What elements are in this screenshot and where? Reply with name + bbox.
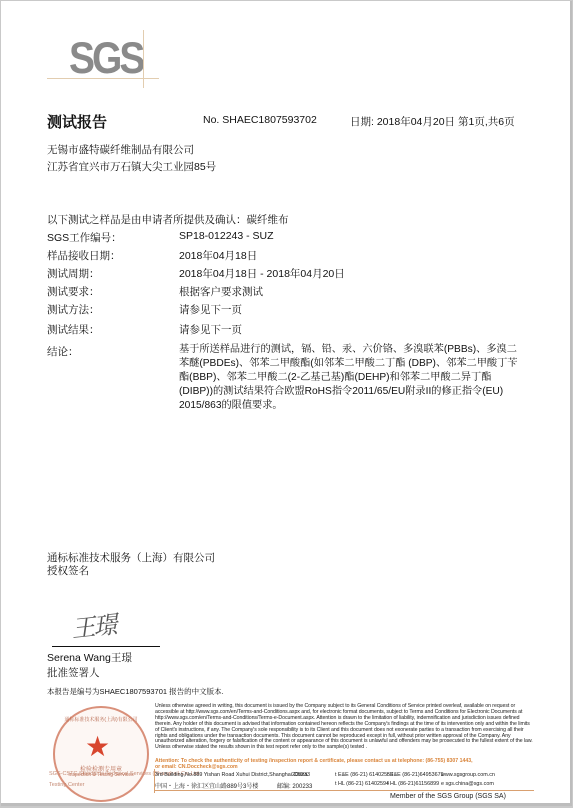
footer-divider-horizontal: [154, 790, 534, 791]
address-english: 3rd Building,No.889 Yishan Road Xuhui Di…: [155, 772, 308, 778]
page-indicator: 第1页,共6页: [458, 114, 515, 129]
seal-top-text: 通标标准技术服务(上海)有限公司: [55, 716, 147, 723]
authenticity-notice: Attention: To check the authenticity of …: [155, 758, 473, 770]
authorized-signature-label: 授权签名: [47, 563, 89, 578]
fax-hl: f HL (86-21)61156899: [387, 781, 439, 787]
client-name: 无锡市盛特碳纤维制品有限公司: [47, 142, 194, 157]
client-address: 江苏省宜兴市万石镇大尖工业园85号: [47, 159, 216, 174]
chinese-version-note: 本报告是编号为SHAEC1807593701 报告的中文版本.: [47, 686, 224, 697]
sgs-membership-note: Member of the SGS Group (SGS SA): [390, 793, 506, 800]
field-value-test-result: 请参见下一页: [179, 322, 242, 337]
tel-hl: t HL (86-21) 61402594: [335, 781, 389, 787]
postcode-english: 200233: [292, 772, 310, 778]
field-value-job-no: SP18-012243 - SUZ: [179, 230, 274, 242]
footer-row-en: 3rd Building,No.889 Yishan Road Xuhui Di…: [155, 772, 535, 778]
field-label-test-method: 测试方法：: [47, 302, 100, 317]
email-link[interactable]: e sgs.china@sgs.com: [441, 781, 494, 787]
logo-rule-vertical: [143, 30, 144, 88]
report-page: SGS 测试报告 No. SHAEC1807593702 日期: 2018年04…: [1, 1, 572, 806]
seal-side-text-2: Testing Center: [49, 782, 84, 788]
field-value-test-period: 2018年04月18日 - 2018年04月20日: [179, 266, 345, 281]
field-label-test-request: 测试要求：: [47, 284, 100, 299]
website-link[interactable]: www.sgsgroup.com.cn: [441, 772, 495, 778]
field-label-received-date: 样品接收日期：: [47, 248, 121, 263]
fax-ee: f E&E (86-21)64953679: [387, 772, 444, 778]
field-value-received-date: 2018年04月18日: [179, 248, 257, 263]
authenticity-line-2[interactable]: or email: CN.Doccheck@sgs.com: [155, 764, 473, 770]
terms-fine-print: Unless otherwise agreed in writing, this…: [155, 704, 535, 751]
conclusion-text: 基于所送样品进行的测试，镉、铅、汞、六价铬、多溴联苯(PBBs)、多溴二苯醚(P…: [179, 343, 521, 413]
field-label-job-no: SGS工作编号：: [47, 230, 122, 245]
field-value-test-method: 请参见下一页: [179, 302, 242, 317]
star-icon: ★: [85, 730, 110, 763]
postcode-chinese: 邮编: 200233: [277, 781, 312, 790]
field-label-test-result: 测试结果：: [47, 322, 100, 337]
handwritten-signature: 王璟: [69, 605, 116, 644]
report-date: 日期: 2018年04月20日: [350, 114, 455, 129]
field-value-test-request: 根据客户要求测试: [179, 284, 263, 299]
sample-intro: 以下测试之样品是由申请者所提供及确认：碳纤维布: [47, 212, 289, 227]
signer-name: Serena Wang王璟: [47, 650, 132, 665]
logo-text: SGS: [69, 34, 142, 85]
signature-line: [52, 646, 160, 647]
field-label-test-period: 测试周期：: [47, 266, 100, 281]
report-title: 测试报告: [47, 111, 107, 132]
sgs-logo: SGS: [47, 30, 159, 88]
conclusion-label: 结论：: [47, 344, 79, 359]
signer-role: 批准签署人: [47, 665, 100, 680]
report-number: No. SHAEC1807593702: [203, 114, 317, 126]
footer-row-cn: 中国・上海・徐汇区宜山路889号3号楼 邮编: 200233 t HL (86-…: [155, 781, 535, 790]
tel-ee: t E&E (86-21) 61402553: [335, 772, 393, 778]
